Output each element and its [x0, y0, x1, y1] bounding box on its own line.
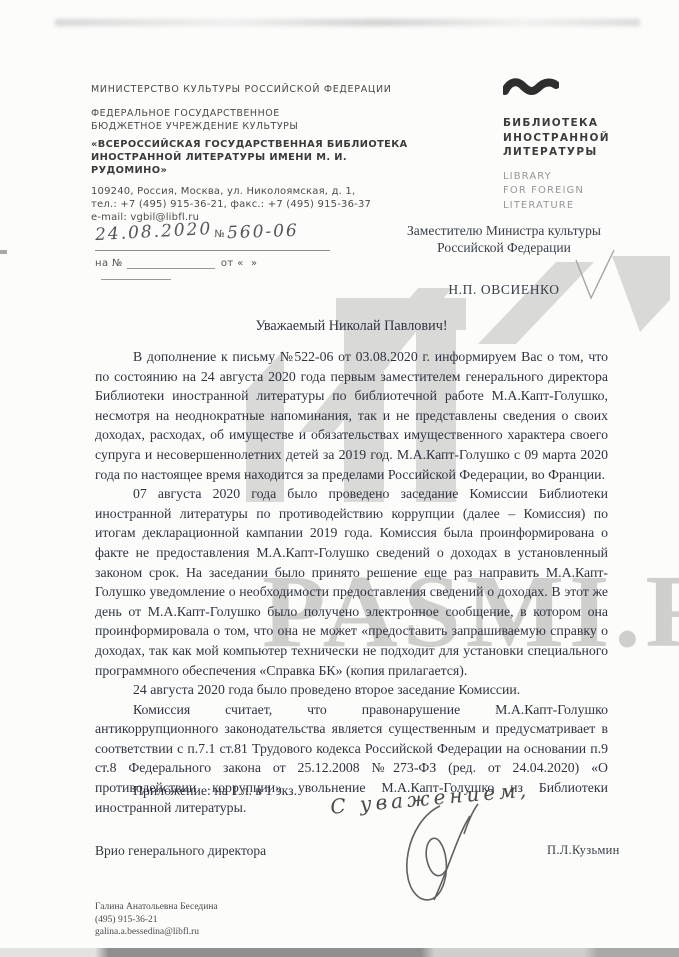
signer-name: П.Л.Кузьмин — [547, 843, 620, 858]
logo-ru-line2: ИНОСТРАННОЙ — [503, 131, 668, 146]
logo-en-line1: LIBRARY — [503, 170, 668, 185]
paragraph-1: В дополнение к письму №522-06 от 03.08.2… — [95, 347, 608, 484]
handwritten-checkmark-icon — [570, 246, 620, 304]
org-type-line2: БЮДЖЕТНОЕ УЧРЕЖДЕНИЕ КУЛЬТУРЫ — [91, 120, 421, 133]
logo-ru-line3: ЛИТЕРАТУРЫ — [503, 145, 668, 160]
logo-en-line3: LITERATURE — [503, 199, 668, 214]
reply-date-blank — [101, 269, 171, 280]
signer-position: Врио генерального директора — [95, 843, 266, 859]
ministry-line: МИНИСТЕРСТВО КУЛЬТУРЫ РОССИЙСКОЙ ФЕДЕРАЦ… — [91, 84, 421, 95]
library-logo: БИБЛИОТЕКА ИНОСТРАННОЙ ЛИТЕРАТУРЫ LIBRAR… — [503, 76, 668, 213]
executor-phone: (495) 915-36-21 — [95, 914, 218, 927]
logo-ru-line1: БИБЛИОТЕКА — [503, 116, 668, 131]
org-address: 109240, Россия, Москва, ул. Николоямская… — [91, 185, 421, 198]
org-phone-fax: тел.: +7 (495) 915-36-21, факс.: +7 (495… — [91, 198, 421, 211]
number-sign: № — [214, 229, 224, 240]
executor-contact: Галина Анатольевна Беседина (495) 915-36… — [95, 901, 218, 939]
reply-from-label: от « — [221, 258, 244, 269]
reference-block: 24.08.2020№560-06 на №от « » — [95, 222, 330, 280]
wave-logo-icon — [503, 76, 559, 100]
signature-autograph — [382, 800, 492, 910]
letterhead: МИНИСТЕРСТВО КУЛЬТУРЫ РОССИЙСКОЙ ФЕДЕРАЦ… — [91, 84, 421, 224]
reply-number-blank — [127, 258, 215, 269]
org-name-line2: ИНОСТРАННОЙ ЛИТЕРАТУРЫ ИМЕНИ М. И. РУДОМ… — [91, 151, 421, 177]
executor-name: Галина Анатольевна Беседина — [95, 901, 218, 914]
paragraph-3: 24 августа 2020 года было проведено втор… — [95, 680, 608, 700]
scan-bottom-edge — [0, 948, 679, 957]
letter-body: В дополнение к письму №522-06 от 03.08.2… — [95, 347, 608, 817]
outgoing-date-row: 24.08.2020№560-06 — [95, 222, 330, 251]
scanned-letter-page: PASMI.RU МИНИСТЕРСТВО КУЛЬТУРЫ РОССИЙСКО… — [0, 0, 679, 957]
logo-en-line2: FOR FOREIGN — [503, 184, 668, 199]
handwritten-number: 560-06 — [226, 221, 298, 243]
org-name-line1: «ВСЕРОССИЙСКАЯ ГОСУДАРСТВЕННАЯ БИБЛИОТЕК… — [91, 138, 421, 151]
salutation: Уважаемый Николай Павлович! — [95, 318, 608, 335]
handwritten-date: 24.08.2020 — [95, 219, 213, 245]
executor-email: galina.a.bessedina@libfl.ru — [95, 926, 218, 939]
reply-prefix: на № — [95, 258, 123, 269]
paragraph-2: 07 августа 2020 года было проведено засе… — [95, 484, 608, 680]
reply-reference-row: на №от « » — [95, 258, 330, 280]
org-type-line1: ФЕДЕРАЛЬНОЕ ГОСУДАРСТВЕННОЕ — [91, 107, 421, 120]
reply-close-quote: » — [251, 258, 258, 269]
addressee-line1: Заместителю Министра культуры — [368, 222, 640, 239]
